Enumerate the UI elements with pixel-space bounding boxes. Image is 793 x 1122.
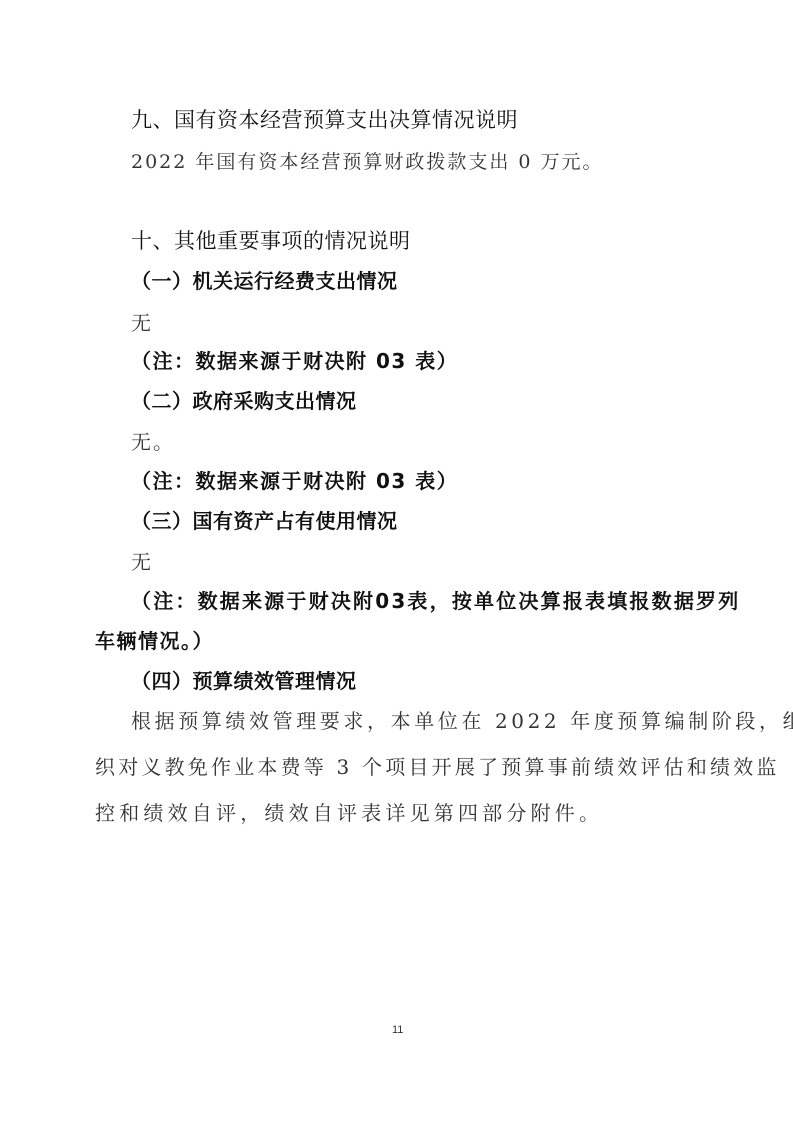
page-number: 11 [392, 1024, 403, 1036]
subsection-4-title: （四）预算绩效管理情况 [131, 669, 357, 693]
subsection-3-note-line2: 车辆情况。） [95, 629, 214, 653]
subsection-4-paragraph-line2: 织对义教免作业本费等 3 个项目开展了预算事前绩效评估和绩效监 [95, 755, 780, 779]
subsection-1-note: （注：数据来源于财决附 03 表） [131, 349, 458, 373]
subsection-3-note-line1: （注：数据来源于财决附03表，按单位决算报表填报数据罗列 [131, 589, 740, 613]
subsection-3-title: （三）国有资产占有使用情况 [131, 509, 398, 533]
section-9-text: 2022 年国有资本经营预算财政拨款支出 0 万元。 [131, 150, 604, 174]
subsection-4-paragraph-line3: 控和绩效自评，绩效自评表详见第四部分附件。 [95, 801, 603, 825]
subsection-2-text: 无。 [131, 430, 175, 454]
subsection-4-paragraph-line1: 根据预算绩效管理要求，本单位在 2022 年度预算编制阶段，组 [131, 709, 793, 733]
subsection-2-title: （二）政府采购支出情况 [131, 389, 357, 413]
subsection-2-note: （注：数据来源于财决附 03 表） [131, 469, 458, 493]
subsection-3-text: 无 [131, 550, 153, 574]
section-10-title: 十、其他重要事项的情况说明 [131, 229, 411, 253]
subsection-1-title: （一）机关运行经费支出情况 [131, 269, 398, 293]
section-9-title: 九、国有资本经营预算支出决算情况说明 [131, 108, 518, 132]
subsection-1-text: 无 [131, 311, 153, 335]
